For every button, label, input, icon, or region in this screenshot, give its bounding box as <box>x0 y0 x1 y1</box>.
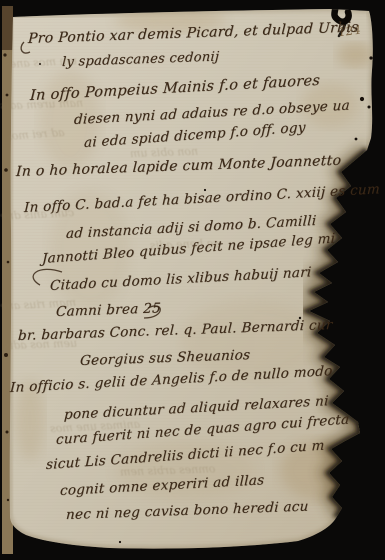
manuscript-photo: 124 Pro Pontio xar demis Picard, et dulp… <box>0 0 385 560</box>
bleed-through-text: ad rei mos <box>6 126 65 143</box>
bleed-through-text: animas une mos <box>50 418 141 436</box>
bleed-through-text: uem nos adis <box>4 337 78 353</box>
bleed-through-text: cum anis dne <box>0 206 74 223</box>
bleed-through-text: um mos anes <box>4 54 78 71</box>
bleedthrough-layer: um mos anes nam urem adis ad rei mos non… <box>0 0 385 560</box>
bleed-through-text: mam rius ane <box>0 296 76 313</box>
bleed-through-text: nam urem adis <box>0 97 83 113</box>
bleed-through-text: se bene adis <box>150 237 219 252</box>
bleed-through-text: omnes arbis nem <box>120 462 216 478</box>
bleed-through-text: non obis um <box>130 145 199 160</box>
